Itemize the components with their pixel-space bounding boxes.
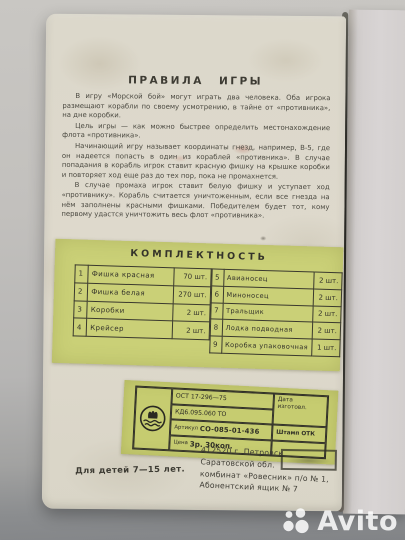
row-number: 3 <box>74 300 88 318</box>
contents-sticker: КОМПЛЕКТНОСТЬ 1 Фишка красная 70 шт. 2 Ф… <box>52 239 344 371</box>
photo-background: ПРАВИЛА ИГРЫ В игру «Морской бой» могут … <box>0 0 405 540</box>
price-label: Цена <box>173 440 188 447</box>
avito-watermark: Avito <box>282 507 398 535</box>
rules-title: ПРАВИЛА ИГРЫ <box>46 74 346 89</box>
contents-table-right: 5 Авианосец 2 шт. 6 Миноносец 2 шт. 7 Тр… <box>209 268 343 357</box>
game-box-back: ПРАВИЛА ИГРЫ В игру «Морской бой» могут … <box>42 14 346 512</box>
rules-text: В игру «Морской бой» могут играть два че… <box>61 92 330 223</box>
avito-wordmark: Avito <box>317 508 398 535</box>
date-label: Дата изготовл. <box>273 394 328 428</box>
article-value: СО-085-01-436 <box>200 425 260 436</box>
rules-paragraph: В случае промаха игрок ставит белую фишк… <box>61 181 329 222</box>
row-number: 8 <box>210 319 222 336</box>
article-label: Артикул <box>174 424 198 431</box>
item-name: Крейсер <box>86 319 173 339</box>
item-qty: 2 шт. <box>314 272 342 290</box>
row-number: 5 <box>211 269 223 286</box>
table-row: 4 Крейсер 2 шт. <box>73 318 209 340</box>
item-name: Коробка упаковочная <box>221 336 312 355</box>
row-number: 9 <box>209 336 221 353</box>
item-qty: 2 шт. <box>313 289 341 307</box>
factory-logo-icon <box>133 387 172 451</box>
row-number: 1 <box>75 265 89 283</box>
contents-tables: 1 Фишка красная 70 шт. 2 Фишка белая 270… <box>72 264 342 357</box>
row-number: 2 <box>74 283 88 301</box>
item-qty: 2 шт. <box>313 306 341 324</box>
item-qty: 1 шт. <box>312 339 340 357</box>
rules-paragraph: Начинающий игру называет координаты гнез… <box>62 142 330 183</box>
row-number: 6 <box>211 286 223 303</box>
contents-title: КОМПЛЕКТНОСТЬ <box>55 246 343 266</box>
row-number: 7 <box>210 303 222 320</box>
item-qty: 70 шт. <box>174 268 211 287</box>
avito-dots-icon <box>282 507 312 535</box>
item-qty: 2 шт. <box>312 322 340 340</box>
contents-table-left: 1 Фишка красная 70 шт. 2 Фишка белая 270… <box>73 264 212 340</box>
rules-paragraph: Цель игры — как можно быстрее определить… <box>62 122 330 144</box>
item-qty: 2 шт. <box>173 303 210 322</box>
item-qty: 270 шт. <box>174 286 211 305</box>
manufacturer-address: 412520 г. Петровск Саратовской обл. комб… <box>199 444 359 498</box>
age-note: Для детей 7—15 лет. <box>75 463 185 475</box>
box-side-panel <box>343 10 405 515</box>
row-number: 4 <box>73 318 87 336</box>
item-qty: 2 шт. <box>173 321 210 340</box>
rules-paragraph: В игру «Морской бой» могут играть два че… <box>62 92 330 123</box>
table-row: 9 Коробка упаковочная 1 шт. <box>209 336 340 357</box>
